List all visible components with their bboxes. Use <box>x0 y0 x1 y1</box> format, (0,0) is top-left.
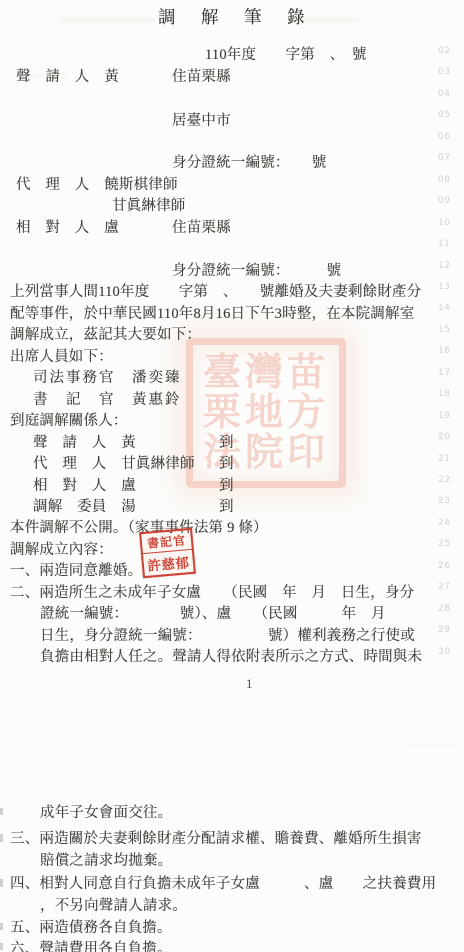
agreement-item-6: 六、聲請費用各自負擔。 <box>10 941 172 952</box>
clerk-stamp-name: 許慈郁 <box>143 550 194 576</box>
judicial-officer-line: 司法事務官 潘奕臻 <box>33 370 182 387</box>
line-number: 11 <box>438 239 450 249</box>
scan-smudge <box>60 18 155 23</box>
body-line: 配等事件，於中華民國110年8月16日下午3時整，在本院調解室 <box>10 306 414 323</box>
clerk-line: 書 記 官 黃惠鈴 <box>33 392 182 409</box>
body-line: 調解成立，茲記其大要如下： <box>10 327 201 344</box>
present-parties-header: 到庭調解關係人： <box>10 413 128 430</box>
agreement-item-1: 一、兩造同意離婚。 <box>10 563 142 580</box>
line-number: 10 <box>438 218 450 228</box>
present-mediator: 調解 委員 湯 <box>33 499 136 516</box>
line-number: 18 <box>438 389 450 399</box>
agreement-item-2-cont: 證統一編號： 號）、盧 （民國 年 月 <box>40 606 386 623</box>
present-applicant: 聲 請 人 黃 <box>33 435 136 452</box>
scan-artifact <box>0 834 3 842</box>
applicant-label: 聲 請 人 黃 <box>16 69 119 86</box>
agreement-item-4-cont: ，不另向聲請人請求。 <box>40 898 187 915</box>
agreement-item-2: 二、兩造所生之未成年子女盧 （民國 年 月 日生，身分 <box>10 585 414 602</box>
line-number: 12 <box>438 261 450 271</box>
applicant-residence: 居臺中市 <box>172 113 231 130</box>
line-number: 17 <box>438 368 450 378</box>
line-number: 30 <box>438 647 450 657</box>
line-number: 05 <box>438 110 450 120</box>
line-number: 28 <box>438 604 450 614</box>
present-mark: 到 <box>219 456 234 473</box>
court-seal-text: 臺灣苗栗地方法院印 <box>202 353 330 473</box>
line-number: 03 <box>438 67 450 77</box>
scan-artifact <box>0 879 3 887</box>
case-number-line: 110年度 字第 、 號 <box>205 47 367 64</box>
agent-line-1: 代 理 人 饒斯棋律師 <box>16 177 178 194</box>
respondent-label: 相 對 人 盧 <box>16 220 119 237</box>
agreement-item-2-cont: 成年子女會面交往。 <box>40 805 172 822</box>
line-number: 06 <box>438 132 450 142</box>
line-number: 04 <box>438 89 450 99</box>
line-number: 14 <box>438 303 450 313</box>
line-number: 19 <box>438 411 450 421</box>
present-mark: 到 <box>219 478 234 495</box>
respondent-address: 住苗栗縣 <box>172 220 231 237</box>
agreement-item-5: 五、兩造債務各自負擔。 <box>10 920 172 937</box>
attendees-header: 出席人員如下： <box>10 349 113 366</box>
court-seal-watermark: 臺灣苗栗地方法院印 <box>186 338 346 488</box>
present-mark: 到 <box>219 499 234 516</box>
line-number: 13 <box>438 282 450 292</box>
respondent-id-line: 身分證統一編號： 號 <box>172 263 341 280</box>
line-number: 09 <box>438 196 450 206</box>
line-number: 27 <box>438 582 450 592</box>
agreement-item-2-cont: 負擔由相對人任之。聲請人得依附表所示之方式、時間與未 <box>40 649 422 666</box>
line-number: 22 <box>438 475 450 485</box>
document-page: 臺灣苗栗地方法院印 調 解 筆 錄 110年度 字第 、 號 聲 請 人 黃 住… <box>0 0 464 952</box>
present-agent: 代 理 人 甘眞綝律師 <box>33 456 195 473</box>
document-title: 調 解 筆 錄 <box>158 4 309 29</box>
line-number: 02 <box>438 46 450 56</box>
present-mark: 到 <box>219 435 234 452</box>
scan-smudge <box>407 744 459 746</box>
scan-artifact <box>0 808 3 815</box>
page-number: 1 <box>246 676 253 692</box>
scan-artifact <box>0 943 3 950</box>
line-number: 08 <box>438 175 450 185</box>
line-number: 15 <box>438 325 450 335</box>
line-number: 16 <box>438 346 450 356</box>
present-respondent: 相 對 人 盧 <box>33 478 136 495</box>
applicant-id-line: 身分證統一編號： 號 <box>172 155 326 172</box>
line-number: 20 <box>438 432 450 442</box>
agreement-item-4: 四、相對人同意自行負擔未成年子女盧 、盧 之扶養費用 <box>10 876 436 893</box>
line-number: 24 <box>438 518 450 528</box>
agreement-item-3: 三、兩造關於夫妻剩餘財產分配請求權、贍養費、離婚所生損害 <box>10 831 422 848</box>
scan-smudge <box>300 17 360 22</box>
agent-line-2: 甘眞綝律師 <box>112 198 186 215</box>
line-number: 25 <box>438 539 450 549</box>
body-line: 上列當事人間110年度 字第 、 號離婚及夫妻剩餘財產分 <box>10 284 421 301</box>
agreement-header: 調解成立內容： <box>10 542 113 559</box>
line-number: 26 <box>438 561 450 571</box>
agreement-item-2-cont: 日生，身分證統一編號： 號）權利義務之行使或 <box>40 628 415 645</box>
line-number: 21 <box>438 454 450 464</box>
line-number: 23 <box>438 496 450 506</box>
line-number: 29 <box>438 625 450 635</box>
line-number: 07 <box>438 153 450 163</box>
applicant-address: 住苗栗縣 <box>172 69 231 86</box>
clerk-stamp: 書記官 許慈郁 <box>139 528 196 578</box>
agreement-item-3-cont: 賠償之請求均拋棄。 <box>40 853 172 870</box>
scan-artifact <box>0 923 3 930</box>
